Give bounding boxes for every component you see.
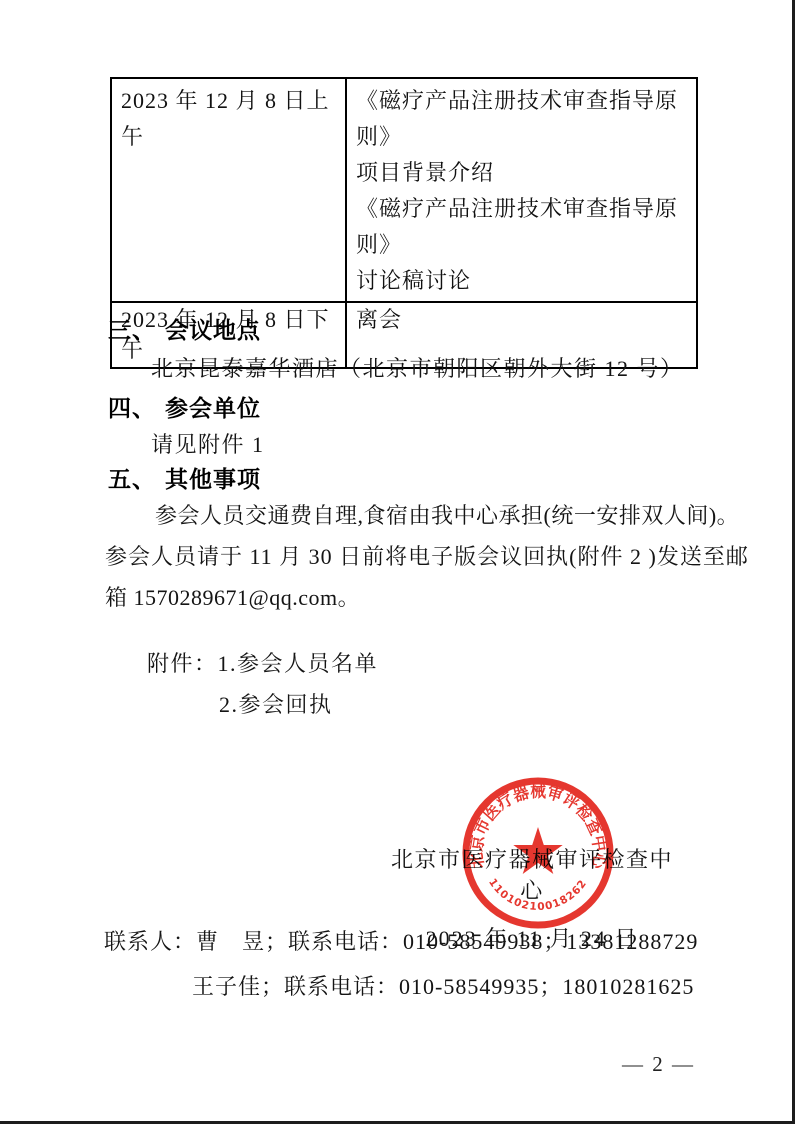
table-row: 2023 年 12 月 8 日上午 《磁疗产品注册技术审查指导原则》 项目背景介…: [111, 78, 697, 302]
attachment-line-2: 2.参会回执: [219, 688, 333, 719]
content-line: 项目背景介绍: [356, 155, 690, 191]
other-line-2: 参会人员请于 11 月 30 日前将电子版会议回执(附件 2 )发送至邮: [105, 540, 749, 571]
svg-text:11010210018262: 11010210018262: [486, 876, 589, 913]
seal-star-icon: [513, 827, 562, 874]
section-heading-other: 五、 其他事项: [108, 461, 261, 494]
content-line: 离会: [356, 305, 690, 335]
content-line: 《磁疗产品注册技术审查指导原则》: [356, 83, 690, 155]
time-cell: 2023 年 12 月 8 日上午: [111, 78, 346, 302]
location-text: 北京昆泰嘉华酒店（北京市朝阳区朝外大街 12 号）: [151, 352, 684, 383]
other-line-1: 参会人员交通费自理,食宿由我中心承担(统一安排双人间)。: [155, 499, 739, 530]
attachment-line-1: 附件：1.参会人员名单: [147, 647, 378, 678]
content-line: 讨论稿讨论: [356, 263, 690, 299]
contact-line-2: 王子佳；联系电话：010-58549935；18010281625: [192, 970, 694, 1001]
document-page: 2023 年 12 月 8 日上午 《磁疗产品注册技术审查指导原则》 项目背景介…: [0, 0, 795, 1124]
other-line-3: 箱 1570289671@qq.com。: [105, 581, 360, 612]
content-line: 《磁疗产品注册技术审查指导原则》: [356, 191, 690, 263]
seal-number: 11010210018262: [486, 876, 589, 913]
page-number: — 2 —: [585, 1052, 695, 1077]
participants-text: 请见附件 1: [151, 428, 265, 459]
time-text: 2023 年 12 月 8 日上午: [121, 83, 339, 155]
section-heading-participants: 四、 参会单位: [108, 390, 261, 423]
section-heading-location: 三、 会议地点: [108, 312, 261, 345]
official-seal: 北京市医疗器械审评检查中心 11010210018262: [458, 773, 618, 933]
content-cell: 《磁疗产品注册技术审查指导原则》 项目背景介绍 《磁疗产品注册技术审查指导原则》…: [346, 78, 697, 302]
